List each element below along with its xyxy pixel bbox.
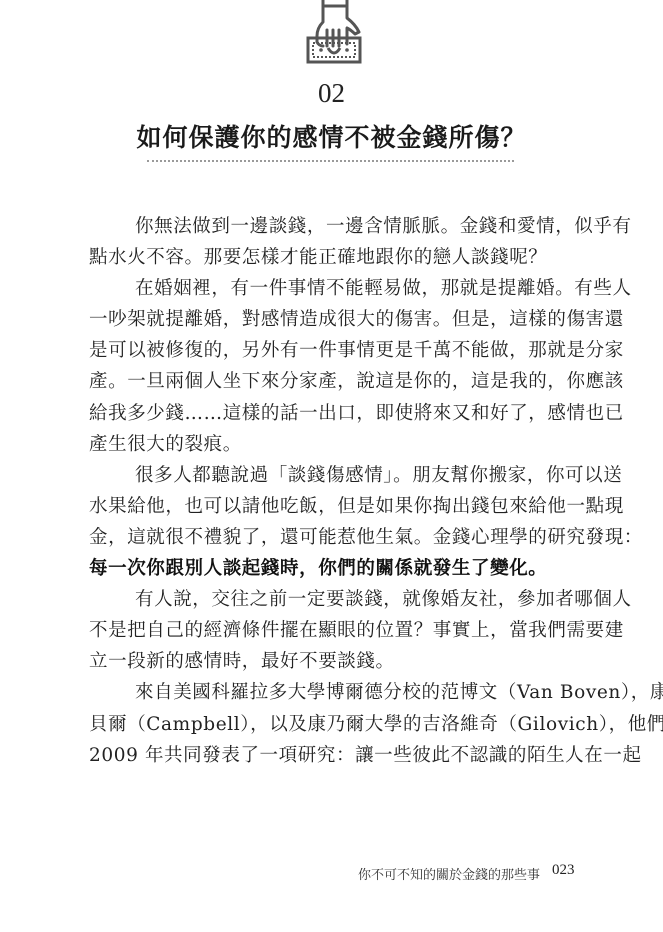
text-line: 水果給他，也可以請他吃飯，但是如果你掏出錢包來給他一點現: [89, 491, 579, 522]
text-line: 是可以被修復的，另外有一件事情更是千萬不能做，那就是分家: [89, 335, 579, 366]
chapter-number: 02: [0, 78, 663, 109]
text-line: 來自美國科羅拉多大學博爾德分校的范博文（Van Boven），康: [89, 677, 579, 708]
text-line: 不是把自己的經濟條件擺在顯眼的位置？事實上，當我們需要建: [89, 615, 579, 646]
text-line: 點水火不容。那要怎樣才能正確地跟你的戀人談錢呢？: [89, 242, 579, 273]
text-line: 很多人都聽說過「談錢傷感情」。朋友幫你搬家，你可以送: [89, 460, 579, 491]
text-line: 金，這就很不禮貌了，還可能惹他生氣。金錢心理學的研究發現：: [89, 522, 579, 553]
running-footer-title: 你不可不知的關於金錢的那些事: [358, 864, 540, 883]
text-line: 貝爾（Campbell），以及康乃爾大學的吉洛維奇（Gilovich），他們在: [89, 709, 579, 740]
text-line: 一吵架就提離婚，對感情造成很大的傷害。但是，這樣的傷害還: [89, 304, 579, 335]
text-line: 你無法做到一邊談錢，一邊含情脈脈。金錢和愛情，似乎有: [89, 211, 579, 242]
page-number: 023: [552, 862, 575, 879]
text-line: 2009 年共同發表了一項研究：讓一些彼此不認識的陌生人在一起: [89, 740, 579, 771]
title-divider: [147, 160, 514, 162]
text-line: 產。一旦兩個人坐下來分家產，說這是你的，這是我的，你應該: [89, 366, 579, 397]
text-line: 有人說，交往之前一定要談錢，就像婚友社，參加者哪個人: [89, 584, 579, 615]
emphasized-line: 每一次你跟別人談起錢時，你們的關係就發生了變化。: [89, 553, 579, 584]
text-line: 在婚姻裡，有一件事情不能輕易做，那就是提離婚。有些人: [89, 273, 579, 304]
text-line: 給我多少錢……這樣的話一出口，即使將來又和好了，感情也已: [89, 398, 579, 429]
hand-money-icon: [303, 0, 365, 68]
body-text: 你無法做到一邊談錢，一邊含情脈脈。金錢和愛情，似乎有點水火不容。那要怎樣才能正確…: [89, 211, 579, 771]
chapter-title: 如何保護你的感情不被金錢所傷？: [0, 118, 663, 154]
text-line: 立一段新的感情時，最好不要談錢。: [89, 646, 579, 677]
text-line: 產生很大的裂痕。: [89, 429, 579, 460]
